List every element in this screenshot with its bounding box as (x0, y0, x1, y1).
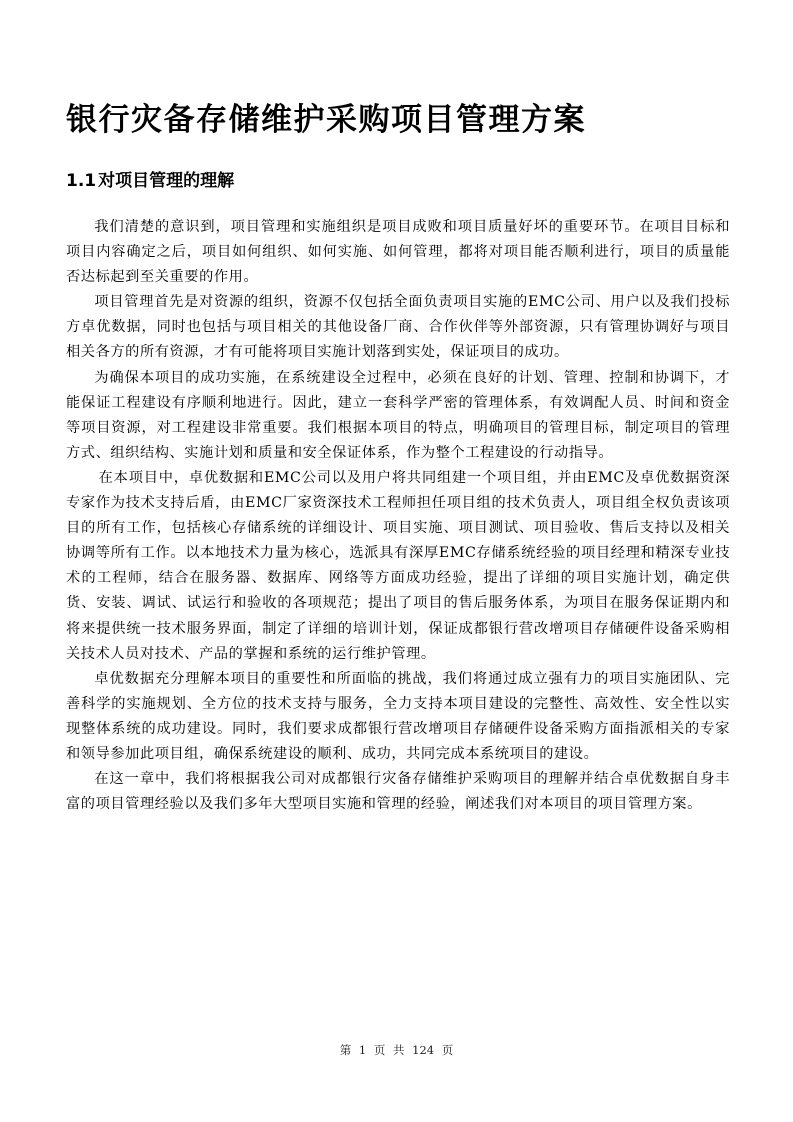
paragraph-2: 项目管理首先是对资源的组织，资源不仅包括全面负责项目实施的EMC公司、用户以及我… (66, 290, 730, 365)
paragraph-6: 在这一章中，我们将根据我公司对成都银行灾备存储维护采购项目的理解并结合卓优数据自… (66, 767, 730, 817)
paragraph-3: 为确保本项目的成功实施，在系统建设全过程中，必须在良好的计划、管理、控制和协调下… (66, 366, 730, 466)
document-body: 我们清楚的意识到，项目管理和实施组织是项目成败和项目质量好坏的重要环节。在项目目… (66, 215, 730, 817)
document-page: 银行灾备存储维护采购项目管理方案 1.1对项目管理的理解 我们清楚的意识到，项目… (0, 0, 793, 1122)
paragraph-4: 在本项目中，卓优数据和EMC公司以及用户将共同组建一个项目组，并由EMC及卓优数… (66, 466, 730, 667)
paragraph-1: 我们清楚的意识到，项目管理和实施组织是项目成败和项目质量好坏的重要环节。在项目目… (66, 215, 730, 290)
section-number: 1.1 (66, 171, 96, 191)
document-title: 银行灾备存储维护采购项目管理方案 (66, 100, 586, 140)
page-number-footer: 第 1 页 共 124 页 (0, 1042, 793, 1058)
paragraph-5: 卓优数据充分理解本项目的重要性和所面临的挑战，我们将通过成立强有力的项目实施团队… (66, 667, 730, 767)
section-heading-text: 对项目管理的理解 (98, 171, 234, 191)
section-heading: 1.1对项目管理的理解 (66, 168, 234, 194)
